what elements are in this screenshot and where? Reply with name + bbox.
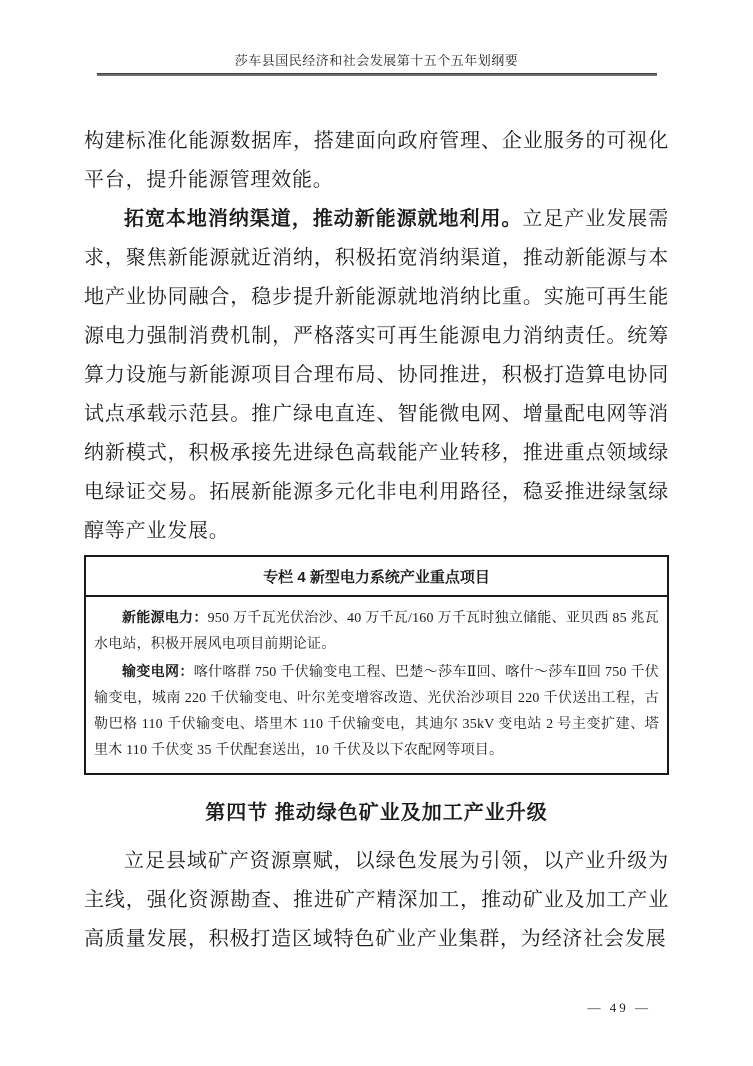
page-number: — 49 —: [588, 1000, 652, 1016]
section-heading-4: 第四节 推动绿色矿业及加工产业升级: [84, 796, 669, 825]
column-box-title: 专栏 4 新型电力系统产业重点项目: [86, 557, 667, 597]
box-item-label: 新能源电力：: [122, 609, 208, 625]
column-box-body: 新能源电力：950 万千瓦光伏治沙、40 万千瓦/160 万千瓦时独立储能、亚贝…: [86, 597, 667, 773]
box-item-label: 输变电网：: [122, 663, 194, 679]
paragraph-lead-rest: 立足产业发展需求，聚焦新能源就近消纳，积极拓宽消纳渠道，推动新能源与本地产业协同…: [84, 208, 669, 542]
column-box-4: 专栏 4 新型电力系统产业重点项目 新能源电力：950 万千瓦光伏治沙、40 万…: [84, 555, 669, 775]
paragraph-mining: 立足县域矿产资源禀赋，以绿色发展为引领，以产业升级为主线，强化资源勘查、推进矿产…: [84, 842, 669, 959]
page-header-title: 莎车县国民经济和社会发展第十五个五年划纲要: [0, 0, 753, 69]
paragraph-energy-database: 构建标准化能源数据库，搭建面向政府管理、企业服务的可视化平台，提升能源管理效能。: [84, 122, 669, 200]
page-content: 构建标准化能源数据库，搭建面向政府管理、企业服务的可视化平台，提升能源管理效能。…: [84, 122, 669, 959]
box-item-new-energy-power: 新能源电力：950 万千瓦光伏治沙、40 万千瓦/160 万千瓦时独立储能、亚贝…: [94, 604, 659, 658]
document-page: 莎车县国民经济和社会发展第十五个五年划纲要 构建标准化能源数据库，搭建面向政府管…: [0, 0, 753, 1066]
paragraph-local-consumption: 拓宽本地消纳渠道，推动新能源就地利用。立足产业发展需求，聚焦新能源就近消纳，积极…: [84, 200, 669, 551]
box-item-power-grid: 输变电网：喀什喀群 750 千伏输变电工程、巴楚～莎车Ⅱ回、喀什～莎车Ⅱ回 75…: [94, 658, 659, 764]
paragraph-lead-bold: 拓宽本地消纳渠道，推动新能源就地利用。: [124, 208, 522, 230]
header-rule: [97, 73, 657, 76]
